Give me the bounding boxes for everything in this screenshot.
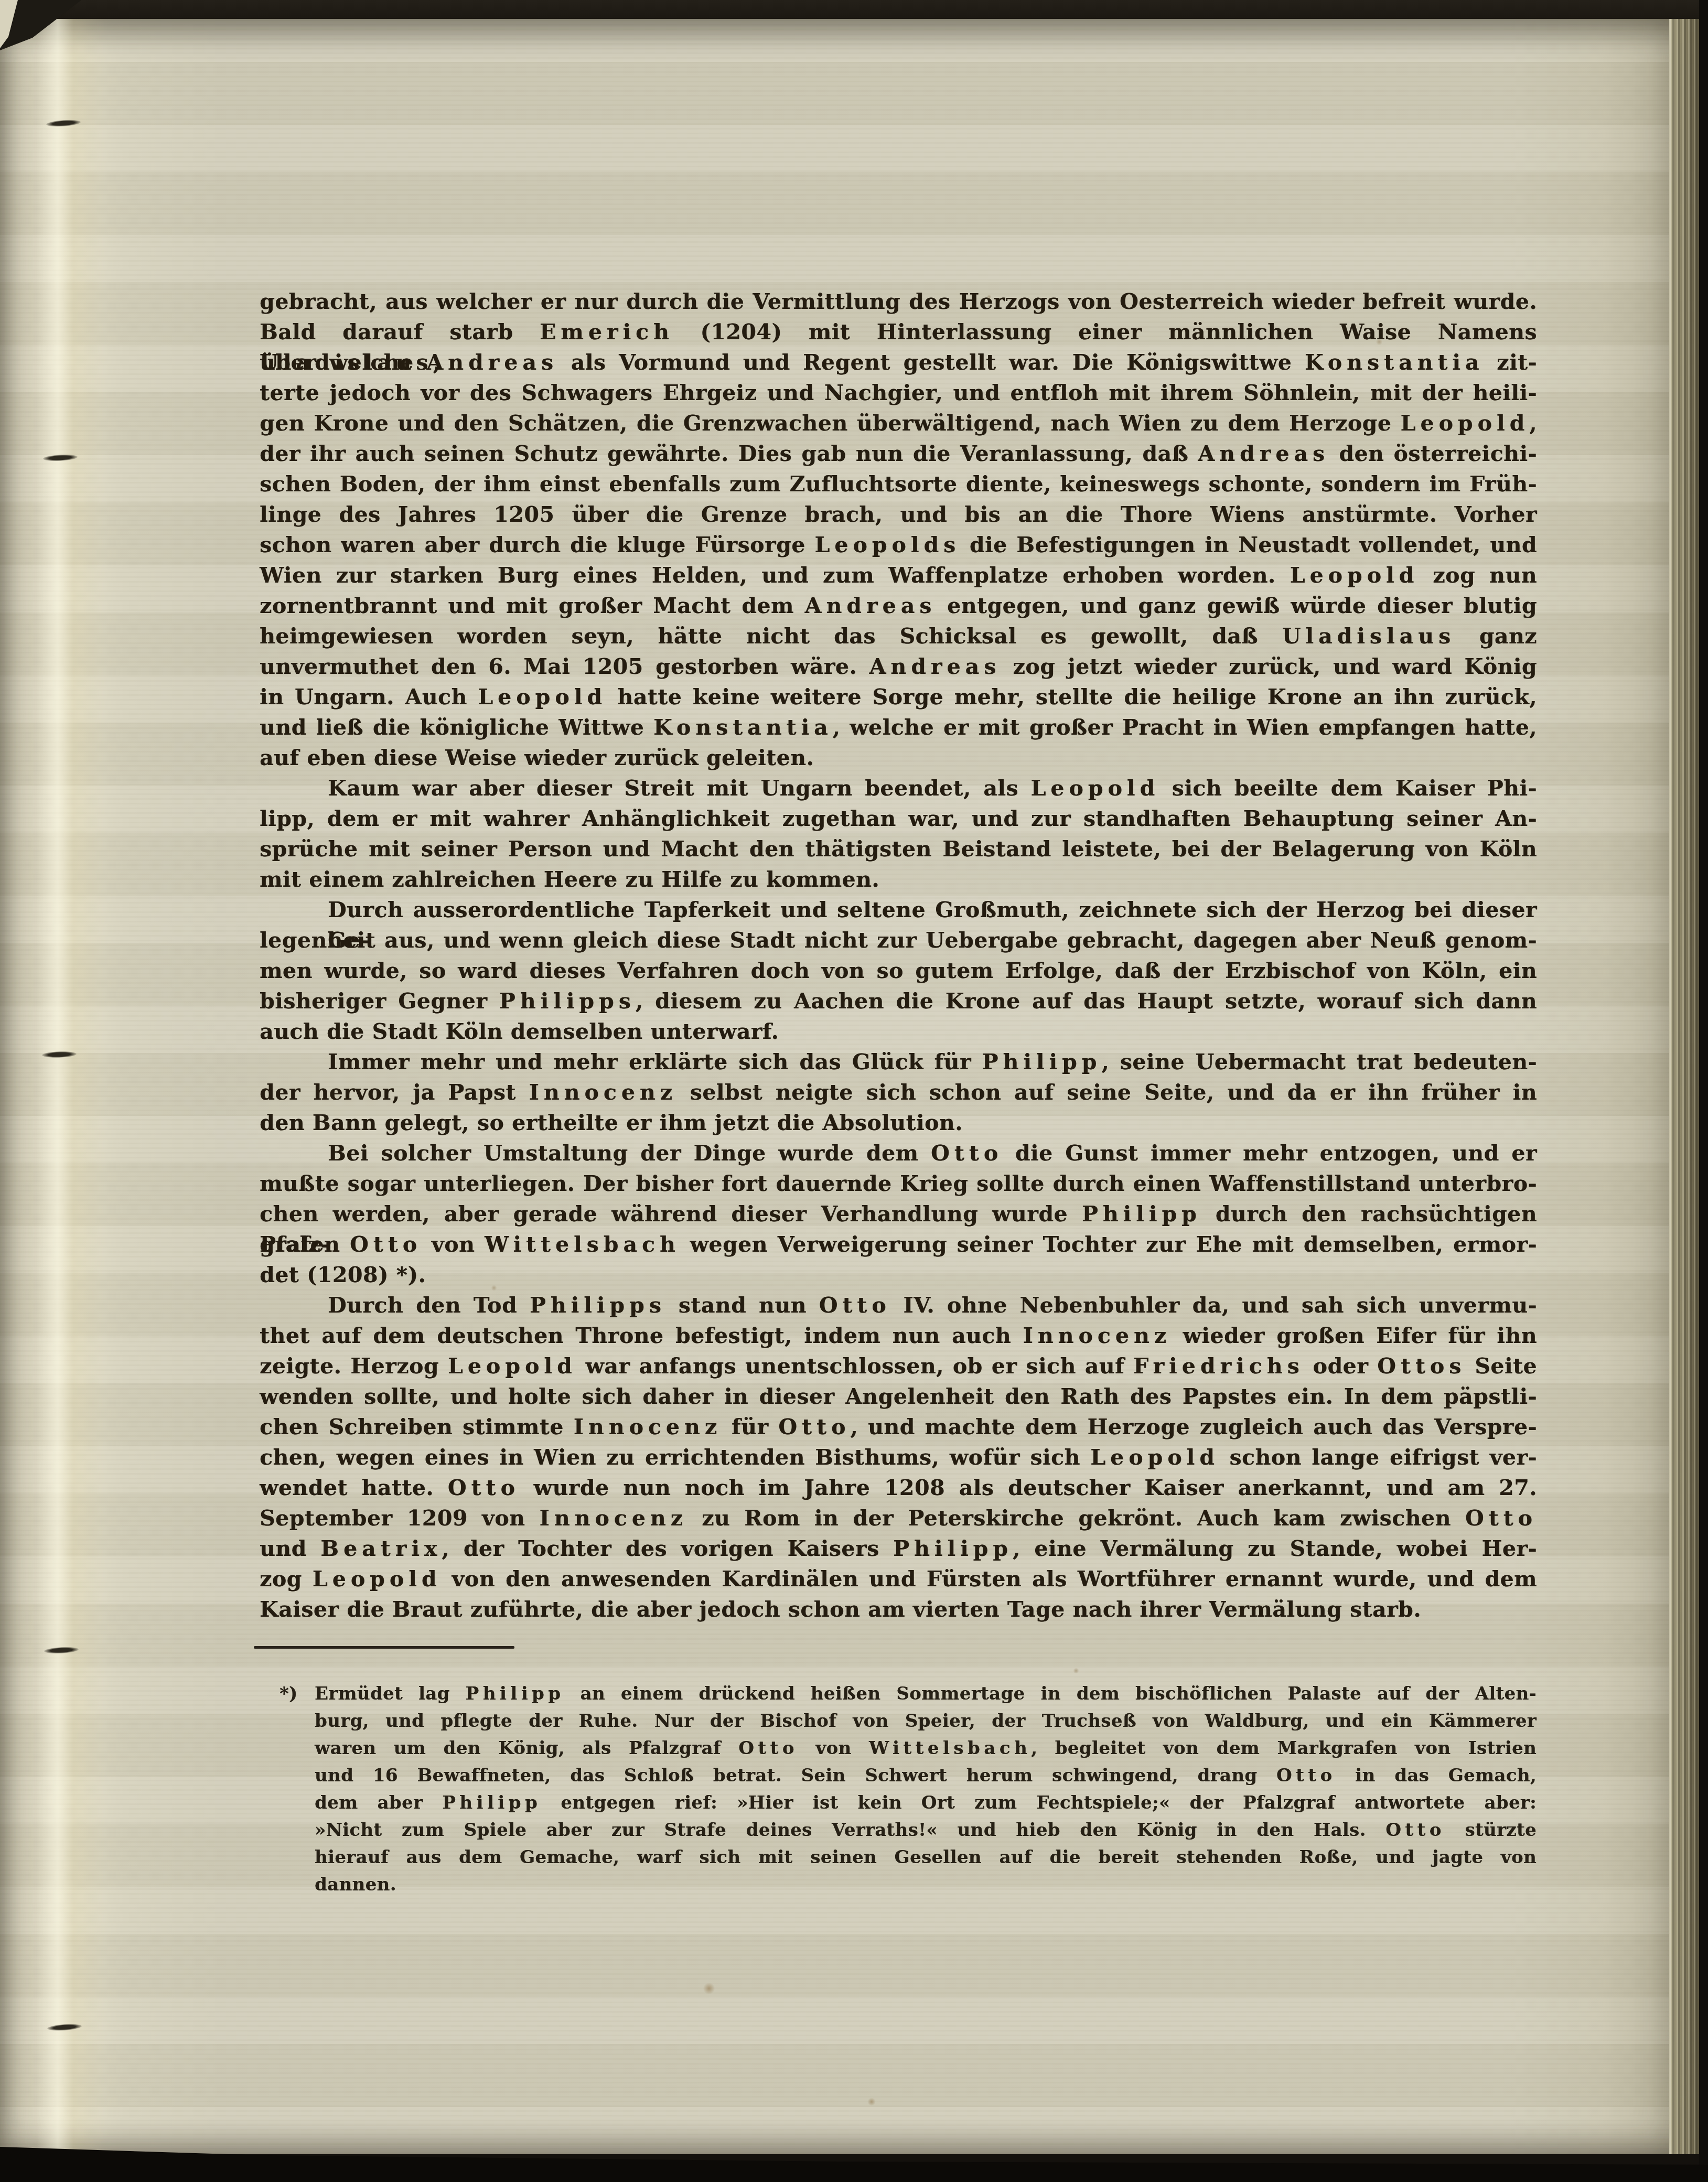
footnote-line: burg, und pflegte der Ruhe. Nur der Bisc… (315, 1707, 1537, 1735)
footnote-line: »Nicht zum Spiele aber zur Strafe deines… (315, 1816, 1537, 1844)
text-line: gebracht, aus welcher er nur durch die V… (260, 286, 1537, 317)
text-line: schon waren aber durch die kluge Fürsorg… (260, 530, 1537, 560)
text-line: sprüche mit seiner Person und Macht den … (260, 834, 1537, 864)
text-line: thet auf dem deutschen Throne befestigt,… (260, 1320, 1537, 1351)
text-line: zog Leopold von den anwesenden Kardinäle… (260, 1564, 1537, 1594)
text-line: heimgewiesen worden seyn, hätte nicht da… (260, 621, 1537, 651)
footnote: *)Ermüdet lag Philipp an einem drückend … (315, 1680, 1537, 1898)
text-line: der ihr auch seinen Schutz gewährte. Die… (260, 438, 1537, 469)
text-line: in Ungarn. Auch Leopold hatte keine weit… (260, 682, 1537, 712)
footnote-line: dem aber Philipp entgegen rief: »Hier is… (315, 1789, 1537, 1816)
text-line: Kaum war aber dieser Streit mit Ungarn b… (260, 773, 1537, 803)
text-line: chen Schreiben stimmte Innocenz für Otto… (260, 1412, 1537, 1442)
main-text: gebracht, aus welcher er nur durch die V… (260, 286, 1537, 1625)
text-line: zeigte. Herzog Leopold war anfangs unent… (260, 1351, 1537, 1381)
book-scan: gebracht, aus welcher er nur durch die V… (0, 0, 1708, 2182)
text-line: auch die Stadt Köln demselben unterwarf. (260, 1016, 1537, 1047)
footnote-line-text: waren um den König, als Pfalzgraf Otto v… (315, 1738, 1537, 1759)
footnote-line-text: dem aber Philipp entgegen rief: »Hier is… (315, 1792, 1537, 1813)
footnote-line: *)Ermüdet lag Philipp an einem drückend … (315, 1680, 1537, 1707)
gutter-fold (37, 19, 105, 2154)
text-line: men wurde, so ward dieses Verfahren doch… (260, 955, 1537, 986)
text-line: gen Krone und den Schätzen, die Grenzwac… (260, 408, 1537, 438)
text-line: September 1209 von Innocenz zu Rom in de… (260, 1503, 1537, 1533)
text-line: wenden sollte, und holte sich daher in d… (260, 1381, 1537, 1412)
footnote-line-text: burg, und pflegte der Ruhe. Nur der Bisc… (315, 1711, 1537, 1732)
text-line: mußte sogar unterliegen. Der bisher fort… (260, 1168, 1537, 1199)
text-line: terte jedoch vor des Schwagers Ehrgeiz u… (260, 378, 1537, 408)
text-line: legenheit aus, und wenn gleich diese Sta… (260, 925, 1537, 955)
footnote-line-text: »Nicht zum Spiele aber zur Strafe deines… (315, 1820, 1537, 1841)
text-line: Durch den Tod Philipps stand nun Otto IV… (260, 1290, 1537, 1320)
footnote-line: und 16 Bewaffneten, das Schloß betrat. S… (315, 1762, 1537, 1789)
text-line: Bald darauf starb Emerich (1204) mit Hin… (260, 317, 1537, 347)
text-line: Immer mehr und mehr erklärte sich das Gl… (260, 1047, 1537, 1077)
text-line: auf eben diese Weise wieder zurück gelei… (260, 743, 1537, 773)
page-block-edge (1669, 19, 1701, 2154)
footnote-line-text: Ermüdet lag Philipp an einem drückend he… (315, 1683, 1537, 1704)
text-line: Bei solcher Umstaltung der Dinge wurde d… (260, 1138, 1537, 1168)
text-line: bisheriger Gegner Philipps, diesem zu Aa… (260, 986, 1537, 1016)
text-line: und Beatrix, der Tochter des vorigen Kai… (260, 1533, 1537, 1564)
scan-edge-top (0, 0, 1708, 19)
text-line: zornentbrannt und mit großer Macht dem A… (260, 590, 1537, 621)
text-line: Kaiser die Braut zuführte, die aber jedo… (260, 1594, 1537, 1625)
text-line: grafen Otto von Wittelsbach wegen Verwei… (260, 1229, 1537, 1260)
text-line: chen, wegen eines in Wien zu errichtende… (260, 1442, 1537, 1472)
text-line: mit einem zahlreichen Heere zu Hilfe zu … (260, 864, 1537, 895)
footnote-line: dannen. (315, 1871, 1537, 1898)
text-line: Durch ausserordentliche Tapferkeit und s… (260, 895, 1537, 925)
text-line: lipp, dem er mit wahrer Anhänglichkeit z… (260, 803, 1537, 834)
text-line: der hervor, ja Papst Innocenz selbst nei… (260, 1077, 1537, 1108)
book-page: gebracht, aus welcher er nur durch die V… (0, 19, 1700, 2154)
scan-edge-right (1699, 0, 1708, 2182)
text-line: wendet hatte. Otto wurde nun noch im Jah… (260, 1472, 1537, 1503)
text-line: det (1208) *). (260, 1260, 1537, 1290)
text-line: linge des Jahres 1205 über die Grenze br… (260, 499, 1537, 530)
footnote-line-text: dannen. (315, 1874, 396, 1895)
footnote-line-text: und 16 Bewaffneten, das Schloß betrat. S… (315, 1765, 1537, 1786)
text-line: Wien zur starken Burg eines Helden, und … (260, 560, 1537, 590)
text-line: unvermuthet den 6. Mai 1205 gestorben wä… (260, 651, 1537, 682)
text-line: und ließ die königliche Wittwe Konstanti… (260, 712, 1537, 743)
footnote-line: waren um den König, als Pfalzgraf Otto v… (315, 1735, 1537, 1762)
footnote-rule (254, 1646, 514, 1649)
text-line: über welche Andreas als Vormund und Rege… (260, 347, 1537, 378)
footnote-line: hierauf aus dem Gemache, warf sich mit s… (315, 1844, 1537, 1871)
footnote-marker: *) (280, 1680, 298, 1707)
text-line: schen Boden, der ihm einst ebenfalls zum… (260, 469, 1537, 499)
text-line: den Bann gelegt, so ertheilte er ihm jet… (260, 1108, 1537, 1138)
text-line: chen werden, aber gerade während dieser … (260, 1199, 1537, 1229)
footnote-line-text: hierauf aus dem Gemache, warf sich mit s… (315, 1847, 1537, 1868)
